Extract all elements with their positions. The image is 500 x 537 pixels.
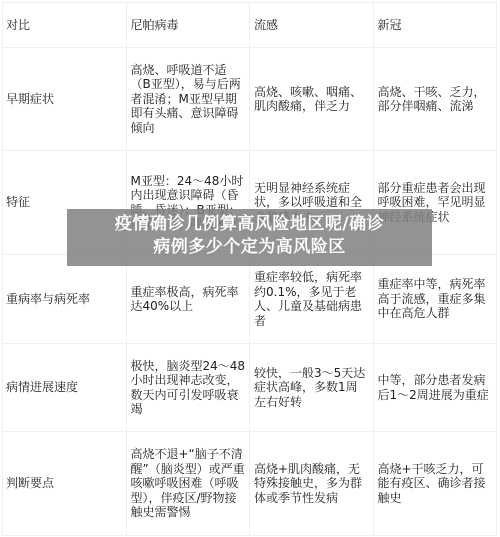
overlay-line-1: 疫情确诊几例算高风险地区呢/确诊 — [67, 213, 432, 236]
cell-nipah: 高烧不退+“脑子不清醒”（脑炎型）或严重咳嗽呼吸困难（呼吸型），伴疫区/野物接触… — [126, 432, 250, 536]
table-row-severity-mortality: 重病率与病死率 重症率极高，病死率达40%以上 重症率较低，病死率约0.1%，多… — [3, 255, 497, 344]
cell-covid: 重症率中等，病死率高于流感，重症多集中在高危人群 — [373, 255, 497, 344]
overlay-line-2: 病例多少个定为高风险区 — [67, 236, 432, 259]
table-row-key-judgement: 判断要点 高烧不退+“脑子不清醒”（脑炎型）或严重咳嗽呼吸困难（呼吸型），伴疫区… — [3, 432, 497, 536]
row-label: 病情进展速度 — [3, 344, 127, 432]
row-label: 重病率与病死率 — [3, 255, 127, 344]
title-overlay-banner: 疫情确诊几例算高风险地区呢/确诊 病例多少个定为高风险区 — [67, 209, 432, 266]
row-label: 判断要点 — [3, 432, 127, 536]
header-covid: 新冠 — [373, 3, 497, 48]
cell-flu: 高烧+肌肉酸痛，无特殊接触史，多为群体或季节性发病 — [250, 432, 374, 536]
cell-flu: 高烧、咳嗽、咽痛、肌肉酸痛，伴乏力 — [250, 48, 374, 151]
header-nipah: 尼帕病毒 — [126, 3, 250, 48]
cell-covid: 中等，部分患者发病后1～2周进展为重症 — [373, 344, 497, 432]
cell-covid: 高烧、干咳、乏力，部分伴咽痛、流涕 — [373, 48, 497, 151]
cell-flu: 较快，一般3～5天达症状高峰，多数1周左右好转 — [250, 344, 374, 432]
cell-flu: 重症率较低，病死率约0.1%，多见于老人、儿童及基础病患者 — [250, 255, 374, 344]
cell-nipah: 高烧、呼吸道不适（B亚型），易与后两者混淆；M亚型早期即有头痛、意识障碍倾向 — [126, 48, 250, 151]
table-row-progression-speed: 病情进展速度 极快，脑炎型24～48小时出现神志改变，数天内可引发呼吸衰竭 较快… — [3, 344, 497, 432]
table-header-row: 对比 尼帕病毒 流感 新冠 — [3, 3, 497, 48]
row-label: 早期症状 — [3, 48, 127, 151]
table-row-early-symptoms: 早期症状 高烧、呼吸道不适（B亚型），易与后两者混淆；M亚型早期即有头痛、意识障… — [3, 48, 497, 151]
header-flu: 流感 — [250, 3, 374, 48]
cell-nipah: 重症率极高，病死率达40%以上 — [126, 255, 250, 344]
cell-nipah: 极快，脑炎型24～48小时出现神志改变，数天内可引发呼吸衰竭 — [126, 344, 250, 432]
comparison-table: 对比 尼帕病毒 流感 新冠 早期症状 高烧、呼吸道不适（B亚型），易与后两者混淆… — [2, 2, 497, 536]
cell-covid: 高烧+干咳乏力，可能有疫区、确诊者接触史 — [373, 432, 497, 536]
header-compare: 对比 — [3, 3, 127, 48]
